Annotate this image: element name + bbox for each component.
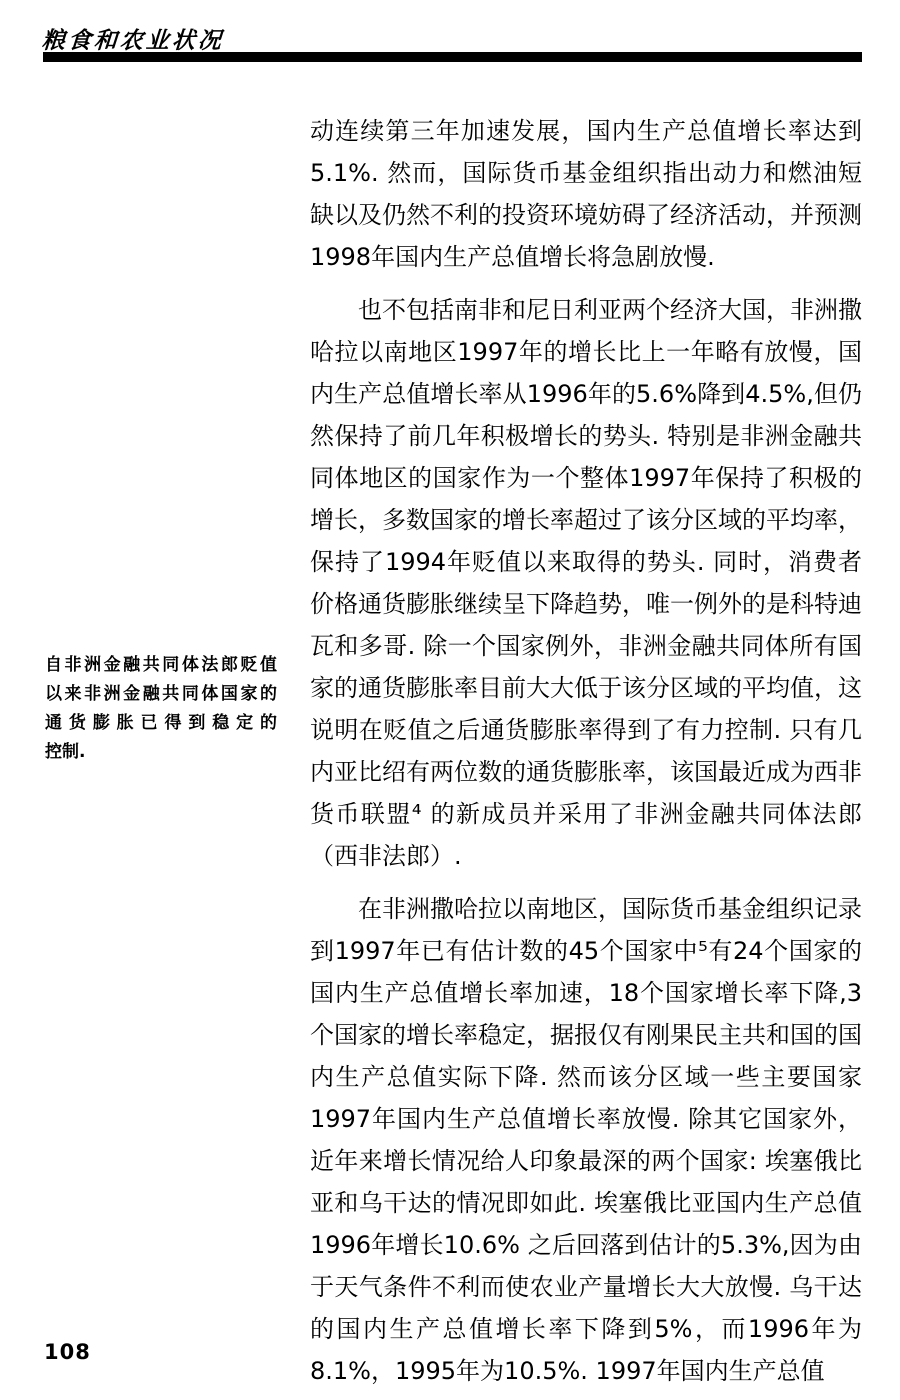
margin-note-line: 控制. (45, 738, 277, 767)
body-text-column: 动连续第三年加速发展，国内生产总值增长率达到5.1%. 然而，国际货币基金组织指… (310, 110, 862, 1400)
margin-note-line: 通货膨胀已得到稳定的 (45, 709, 277, 738)
page-number: 108 (44, 1340, 91, 1364)
margin-note-line: 自非洲金融共同体法郎贬值 (45, 651, 277, 680)
document-page: 粮食和农业状况 自非洲金融共同体法郎贬值 以来非洲金融共同体国家的 通货膨胀已得… (0, 0, 900, 1400)
header-divider-rule (43, 52, 862, 62)
running-header-title: 粮食和农业状况 (41, 22, 225, 55)
margin-note-line: 以来非洲金融共同体国家的 (45, 680, 277, 709)
body-paragraph: 也不包括南非和尼日利亚两个经济大国，非洲撒哈拉以南地区1997年的增长比上一年略… (310, 289, 862, 877)
body-paragraph: 动连续第三年加速发展，国内生产总值增长率达到5.1%. 然而，国际货币基金组织指… (310, 110, 862, 278)
body-paragraph: 在非洲撒哈拉以南地区，国际货币基金组织记录到1997年已有估计数的45个国家中⁵… (310, 888, 862, 1392)
margin-note: 自非洲金融共同体法郎贬值 以来非洲金融共同体国家的 通货膨胀已得到稳定的 控制. (45, 651, 277, 767)
